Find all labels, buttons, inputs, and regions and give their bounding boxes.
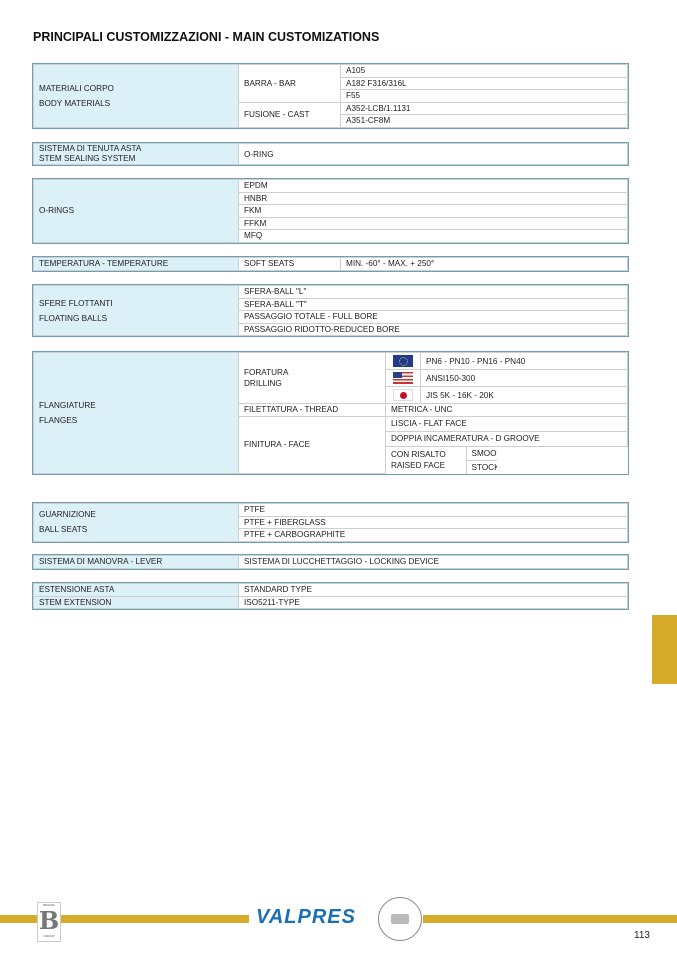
raised-face-item: SMOOTH FINISH	[466, 447, 497, 461]
material-item: A351-CF8M	[341, 115, 628, 128]
flanges-table: FLANGIATUREFLANGES FORATURADRILLING PN6 …	[33, 352, 628, 474]
ball-item: PASSAGGIO TOTALE - FULL BORE	[239, 311, 628, 324]
drilling-label: FORATURADRILLING	[239, 353, 386, 404]
us-flag-icon	[393, 372, 413, 384]
ball-item: SFERA-BALL "T"	[239, 298, 628, 311]
section-tab-marker	[652, 615, 677, 684]
lever-value: SISTEMA DI LUCCHETTAGGIO - LOCKING DEVIC…	[239, 556, 628, 569]
floating-balls-label: SFERE FLOTTANTIFLOATING BALLS	[34, 286, 239, 336]
ball-item: SFERA-BALL "L"	[239, 286, 628, 299]
stem-extension-label-it: ESTENSIONE ASTA	[34, 584, 239, 597]
page-number: 113	[634, 930, 650, 941]
temperature-table: TEMPERATURA - TEMPERATURE SOFT SEATS MIN…	[33, 257, 628, 271]
flanges-label: FLANGIATUREFLANGES	[34, 353, 239, 474]
raised-face-item: STOCK FINISH	[466, 460, 497, 474]
body-materials-label: MATERIALI CORPOBODY MATERIALS	[34, 65, 239, 128]
lever-table: SISTEMA DI MANOVRA - LEVER SISTEMA DI LU…	[33, 555, 628, 569]
o-ring-item: EPDM	[239, 180, 628, 193]
jp-flag-icon	[393, 389, 413, 401]
cast-label: FUSIONE - CAST	[239, 102, 341, 127]
o-rings-table: O-RINGS EPDM HNBR FKM FFKM MFQ	[33, 179, 628, 243]
body-materials-table: MATERIALI CORPOBODY MATERIALS BARRA - BA…	[33, 64, 628, 128]
temperature-range: MIN. -60° - MAX. + 250°	[341, 258, 628, 271]
extension-item: STANDARD TYPE	[239, 584, 628, 597]
drilling-item: PN6 - PN10 - PN16 - PN40	[421, 353, 628, 370]
extension-item: ISO5211-TYPE	[239, 596, 628, 609]
o-ring-item: MFQ	[239, 230, 628, 243]
drilling-item: JIS 5K - 16K - 20K	[421, 387, 628, 404]
stem-sealing-label: SISTEMA DI TENUTA ASTASTEM SEALING SYSTE…	[34, 144, 239, 165]
lever-label: SISTEMA DI MANOVRA - LEVER	[34, 556, 239, 569]
material-item: A105	[341, 65, 628, 78]
seat-item: PTFE	[239, 504, 628, 517]
o-ring-item: FKM	[239, 205, 628, 218]
material-item: A352-LCB/1.1131	[341, 102, 628, 115]
temperature-type: SOFT SEATS	[239, 258, 341, 271]
material-item: F55	[341, 90, 628, 103]
material-item: A182 F316/316L	[341, 77, 628, 90]
seat-item: PTFE + FIBERGLASS	[239, 516, 628, 529]
o-ring-item: HNBR	[239, 192, 628, 205]
face-label: FINITURA - FACE	[239, 416, 386, 474]
thread-value: METRICA - UNC	[386, 404, 628, 417]
o-rings-label: O-RINGS	[34, 180, 239, 243]
seat-item: PTFE + CARBOGRAPHITE	[239, 529, 628, 542]
stem-sealing-table: SISTEMA DI TENUTA ASTASTEM SEALING SYSTE…	[33, 143, 628, 165]
ball-seats-table: GUARNIZIONEBALL SEATS PTFE PTFE + FIBERG…	[33, 503, 628, 542]
stem-extension-table: ESTENSIONE ASTA STANDARD TYPE STEM EXTEN…	[33, 583, 628, 609]
certification-seal-icon: ISO 9001	[378, 897, 422, 941]
footer-bar-right	[423, 915, 677, 923]
ball-seats-label: GUARNIZIONEBALL SEATS	[34, 504, 239, 542]
temperature-label: TEMPERATURA - TEMPERATURE	[34, 258, 239, 271]
thread-label: FILETTATURA - THREAD	[239, 404, 386, 417]
raised-face-label: CON RISALTORAISED FACE	[386, 447, 466, 474]
group-logo: BESORI B GROUP	[37, 902, 61, 942]
drilling-item: ANSI150-300	[421, 370, 628, 387]
face-groove: DOPPIA INCAMERATURA - D GROOVE	[386, 431, 628, 446]
eu-flag-icon	[393, 355, 413, 367]
stem-extension-label-en: STEM EXTENSION	[34, 596, 239, 609]
brand-logo: VALPRES	[256, 906, 356, 929]
stem-sealing-value: O-RING	[239, 144, 628, 165]
face-flat: LISCIA - FLAT FACE	[386, 416, 628, 431]
page-title: PRINCIPALI CUSTOMIZZAZIONI - MAIN CUSTOM…	[33, 30, 379, 44]
o-ring-item: FFKM	[239, 217, 628, 230]
raised-face-table: CON RISALTORAISED FACE SMOOTH FINISH STO…	[386, 447, 497, 474]
ball-item: PASSAGGIO RIDOTTO-REDUCED BORE	[239, 323, 628, 336]
floating-balls-table: SFERE FLOTTANTIFLOATING BALLS SFERA-BALL…	[33, 285, 628, 336]
bar-label: BARRA - BAR	[239, 65, 341, 103]
